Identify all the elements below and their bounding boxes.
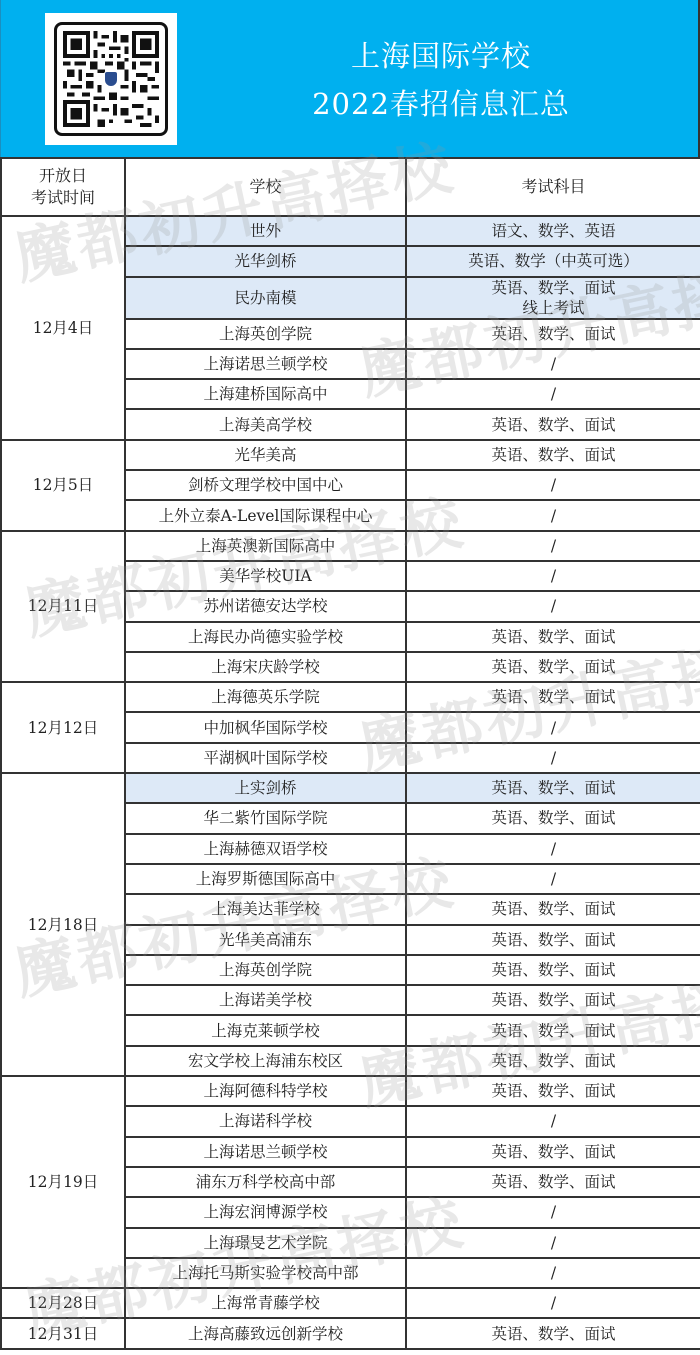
- school-cell: 上海民办尚德实验学校: [125, 622, 406, 652]
- subjects-line-1: 英语、数学、面试: [407, 278, 700, 298]
- subjects-cell: 语文、数学、英语: [406, 216, 700, 246]
- subjects-cell: /: [406, 864, 700, 894]
- subjects-cell: /: [406, 379, 700, 409]
- school-cell: 平湖枫叶国际学校: [125, 743, 406, 773]
- school-cell: 中加枫华国际学校: [125, 712, 406, 742]
- school-cell: 美华学校UIA: [125, 561, 406, 591]
- school-cell: 光华剑桥: [125, 246, 406, 276]
- school-cell: 上海诺科学校: [125, 1106, 406, 1136]
- subjects-cell: /: [406, 1288, 700, 1318]
- subjects-cell: /: [406, 470, 700, 500]
- subjects-cell: /: [406, 1258, 700, 1288]
- subjects-line-2: 线上考试: [407, 298, 700, 318]
- date-cell: 12月5日: [1, 440, 125, 531]
- subjects-cell: 英语、数学、面试: [406, 1046, 700, 1076]
- school-cell: 上海宋庆龄学校: [125, 652, 406, 682]
- school-cell: 剑桥文理学校中国中心: [125, 470, 406, 500]
- school-logo-icon: [104, 71, 118, 87]
- school-cell: 上海英创学院: [125, 319, 406, 349]
- school-cell: 上海常青藤学校: [125, 1288, 406, 1318]
- qr-code-frame: [54, 22, 168, 136]
- school-cell: 上外立泰A-Level国际课程中心: [125, 500, 406, 530]
- subjects-cell: /: [406, 349, 700, 379]
- subjects-cell: /: [406, 834, 700, 864]
- school-cell: 上海阿德科特学校: [125, 1076, 406, 1106]
- school-cell: 浦东万科学校高中部: [125, 1167, 406, 1197]
- subjects-cell: /: [406, 1106, 700, 1136]
- subjects-cell: 英语、数学、面试: [406, 319, 700, 349]
- column-header-subjects: 考试科目: [406, 158, 700, 216]
- subjects-cell: 英语、数学、面试 线上考试: [406, 277, 700, 319]
- subjects-cell: 英语、数学、面试: [406, 409, 700, 439]
- subjects-cell: 英语、数学、面试: [406, 1076, 700, 1106]
- table-row: 12月11日 上海英澳新国际高中 /: [1, 531, 700, 561]
- subjects-cell: 英语、数学、面试: [406, 1167, 700, 1197]
- school-cell: 上海建桥国际高中: [125, 379, 406, 409]
- title-line-1: 上海国际学校: [181, 32, 700, 80]
- date-cell: 12月4日: [1, 216, 125, 440]
- date-cell: 12月11日: [1, 531, 125, 682]
- school-cell: 光华美高: [125, 440, 406, 470]
- school-cell: 光华美高浦东: [125, 925, 406, 955]
- school-cell: 苏州诺德安达学校: [125, 591, 406, 621]
- subjects-cell: 英语、数学、面试: [406, 803, 700, 833]
- school-cell: 上海诺美学校: [125, 985, 406, 1015]
- column-header-date-line-1: 开放日: [2, 165, 124, 187]
- school-cell: 上海英创学院: [125, 955, 406, 985]
- school-cell: 上海美达菲学校: [125, 894, 406, 924]
- subjects-cell: /: [406, 561, 700, 591]
- school-cell: 上海美高学校: [125, 409, 406, 439]
- table-header-row: 开放日 考试时间 学校 考试科目: [1, 158, 700, 216]
- table-row: 12月12日 上海德英乐学院 英语、数学、面试: [1, 682, 700, 712]
- table-row: 12月31日 上海高藤致远创新学校 英语、数学、面试: [1, 1318, 700, 1348]
- subjects-cell: 英语、数学、面试: [406, 894, 700, 924]
- date-cell: 12月31日: [1, 1318, 125, 1348]
- school-cell: 上海璟旻艺术学院: [125, 1228, 406, 1258]
- school-cell: 上海诺思兰顿学校: [125, 349, 406, 379]
- date-cell: 12月18日: [1, 773, 125, 1076]
- admissions-table: 开放日 考试时间 学校 考试科目 12月4日 世外 语文、数学、英语 光华剑桥 …: [0, 157, 700, 1350]
- school-cell: 世外: [125, 216, 406, 246]
- table-row: 12月4日 世外 语文、数学、英语: [1, 216, 700, 246]
- subjects-cell: 英语、数学、面试: [406, 1137, 700, 1167]
- title-line-2: 2022春招信息汇总: [181, 80, 700, 128]
- subjects-cell: /: [406, 743, 700, 773]
- subjects-cell: 英语、数学、面试: [406, 652, 700, 682]
- subjects-cell: /: [406, 712, 700, 742]
- subjects-cell: /: [406, 1197, 700, 1227]
- school-cell: 华二紫竹国际学院: [125, 803, 406, 833]
- school-cell: 上海英澳新国际高中: [125, 531, 406, 561]
- subjects-cell: /: [406, 1228, 700, 1258]
- subjects-cell: /: [406, 531, 700, 561]
- school-cell: 上海赫德双语学校: [125, 834, 406, 864]
- subjects-cell: 英语、数学、面试: [406, 682, 700, 712]
- subjects-cell: 英语、数学、面试: [406, 622, 700, 652]
- table-body: 12月4日 世外 语文、数学、英语 光华剑桥 英语、数学（中英可选） 民办南模 …: [1, 216, 700, 1349]
- header-banner: 上海国际学校 2022春招信息汇总: [0, 0, 700, 157]
- school-cell: 上海诺思兰顿学校: [125, 1137, 406, 1167]
- school-cell: 宏文学校上海浦东校区: [125, 1046, 406, 1076]
- school-cell: 上海德英乐学院: [125, 682, 406, 712]
- subjects-cell: 英语、数学、面试: [406, 1318, 700, 1348]
- school-cell: 上海克莱顿学校: [125, 1015, 406, 1045]
- date-cell: 12月28日: [1, 1288, 125, 1318]
- column-header-school: 学校: [125, 158, 406, 216]
- subjects-cell: /: [406, 591, 700, 621]
- school-cell: 上海高藤致远创新学校: [125, 1318, 406, 1348]
- table-row: 12月5日 光华美高 英语、数学、面试: [1, 440, 700, 470]
- subjects-cell: 英语、数学、面试: [406, 1015, 700, 1045]
- column-header-date: 开放日 考试时间: [1, 158, 125, 216]
- subjects-cell: 英语、数学（中英可选）: [406, 246, 700, 276]
- school-cell: 上实剑桥: [125, 773, 406, 803]
- table-row: 12月18日 上实剑桥 英语、数学、面试: [1, 773, 700, 803]
- school-cell: 上海宏润博源学校: [125, 1197, 406, 1227]
- subjects-cell: 英语、数学、面试: [406, 985, 700, 1015]
- subjects-cell: 英语、数学、面试: [406, 955, 700, 985]
- page-title: 上海国际学校 2022春招信息汇总: [181, 32, 700, 128]
- subjects-cell: 英语、数学、面试: [406, 440, 700, 470]
- column-header-date-line-2: 考试时间: [2, 187, 124, 209]
- school-cell: 民办南模: [125, 277, 406, 319]
- subjects-cell: /: [406, 500, 700, 530]
- date-cell: 12月19日: [1, 1076, 125, 1288]
- table-row: 12月28日 上海常青藤学校 /: [1, 1288, 700, 1318]
- subjects-cell: 英语、数学、面试: [406, 773, 700, 803]
- subjects-cell: 英语、数学、面试: [406, 925, 700, 955]
- qr-code[interactable]: [45, 13, 177, 145]
- table-row: 12月19日 上海阿德科特学校 英语、数学、面试: [1, 1076, 700, 1106]
- school-cell: 上海罗斯德国际高中: [125, 864, 406, 894]
- date-cell: 12月12日: [1, 682, 125, 773]
- school-cell: 上海托马斯实验学校高中部: [125, 1258, 406, 1288]
